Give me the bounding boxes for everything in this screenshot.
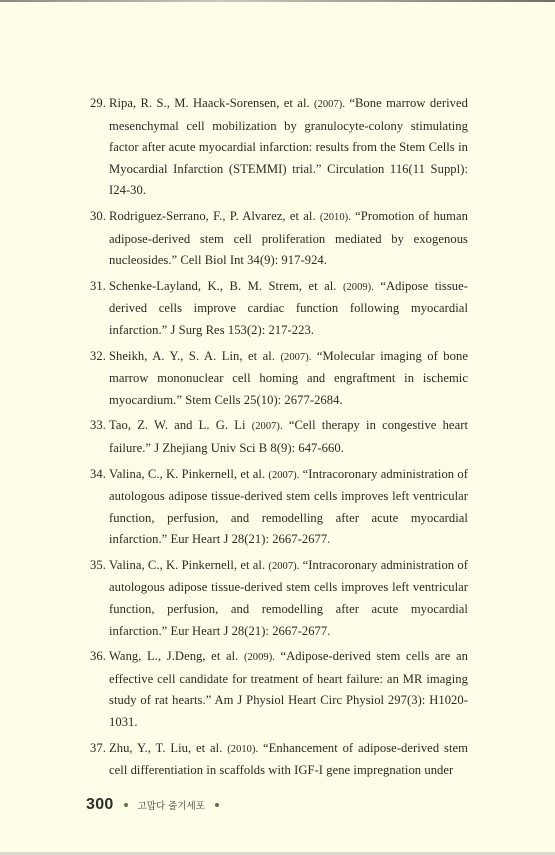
reference-authors: Valina, C., K. Pinkernell, et al. — [109, 467, 265, 481]
reference-year: (2007). — [268, 561, 299, 572]
reference-authors: Tao, Z. W. and L. G. Li — [109, 418, 246, 432]
reference-item: 36. Wang, L., J.Deng, et al. (2009). “Ad… — [90, 646, 468, 733]
reference-year: (2007). — [268, 470, 299, 481]
reference-number: 37. — [90, 738, 106, 760]
reference-list: 29. Ripa, R. S., M. Haack-Sorensen, et a… — [90, 93, 468, 786]
reference-authors: Valina, C., K. Pinkernell, et al. — [109, 558, 265, 572]
reference-year: (2010). — [227, 744, 258, 755]
running-book-title: 고맙다 줄기세포 — [138, 798, 205, 812]
reference-body: “Bone marrow derived mesenchymal cell mo… — [109, 96, 468, 197]
bullet-dot-icon — [124, 803, 128, 807]
page-footer: 300 고맙다 줄기세포 — [86, 796, 229, 814]
reference-text: Sheikh, A. Y., S. A. Lin, et al. (2007).… — [109, 349, 468, 407]
reference-text: Wang, L., J.Deng, et al. (2009). “Adipos… — [109, 649, 468, 729]
reference-authors: Ripa, R. S., M. Haack-Sorensen, et al. — [109, 96, 310, 110]
reference-item: 34. Valina, C., K. Pinkernell, et al. (2… — [90, 464, 468, 551]
reference-authors: Zhu, Y., T. Liu, et al. — [109, 741, 222, 755]
reference-number: 30. — [90, 206, 106, 228]
reference-text: Rodriguez-Serrano, F., P. Alvarez, et al… — [109, 209, 468, 267]
reference-text: Ripa, R. S., M. Haack-Sorensen, et al. (… — [109, 96, 468, 197]
reference-year: (2010). — [320, 212, 351, 223]
page-number: 300 — [86, 796, 114, 814]
reference-item: 33. Tao, Z. W. and L. G. Li (2007). “Cel… — [90, 415, 468, 459]
reference-number: 36. — [90, 646, 106, 668]
reference-authors: Wang, L., J.Deng, et al. — [109, 649, 238, 663]
reference-item: 32. Sheikh, A. Y., S. A. Lin, et al. (20… — [90, 346, 468, 412]
reference-text: Schenke-Layland, K., B. M. Strem, et al.… — [109, 279, 468, 337]
page-top-edge — [0, 0, 555, 2]
reference-year: (2009). — [343, 282, 374, 293]
reference-number: 31. — [90, 276, 106, 298]
reference-item: 30. Rodriguez-Serrano, F., P. Alvarez, e… — [90, 206, 468, 272]
reference-text: Zhu, Y., T. Liu, et al. (2010). “Enhance… — [109, 741, 468, 778]
reference-item: 31. Schenke-Layland, K., B. M. Strem, et… — [90, 276, 468, 342]
reference-authors: Schenke-Layland, K., B. M. Strem, et al. — [109, 279, 336, 293]
reference-number: 34. — [90, 464, 106, 486]
reference-text: Tao, Z. W. and L. G. Li (2007). “Cell th… — [109, 418, 468, 455]
reference-text: Valina, C., K. Pinkernell, et al. (2007)… — [109, 558, 468, 638]
reference-year: (2007). — [252, 421, 283, 432]
reference-number: 35. — [90, 555, 106, 577]
reference-number: 29. — [90, 93, 106, 115]
reference-authors: Sheikh, A. Y., S. A. Lin, et al. — [109, 349, 275, 363]
reference-item: 37. Zhu, Y., T. Liu, et al. (2010). “Enh… — [90, 738, 468, 782]
reference-year: (2007). — [280, 352, 311, 363]
reference-number: 33. — [90, 415, 106, 437]
reference-item: 29. Ripa, R. S., M. Haack-Sorensen, et a… — [90, 93, 468, 202]
reference-year: (2009). — [244, 652, 275, 663]
bullet-dot-icon — [215, 803, 219, 807]
reference-item: 35. Valina, C., K. Pinkernell, et al. (2… — [90, 555, 468, 642]
reference-authors: Rodriguez-Serrano, F., P. Alvarez, et al… — [109, 209, 316, 223]
reference-number: 32. — [90, 346, 106, 368]
reference-year: (2007). — [314, 99, 345, 110]
reference-text: Valina, C., K. Pinkernell, et al. (2007)… — [109, 467, 468, 547]
